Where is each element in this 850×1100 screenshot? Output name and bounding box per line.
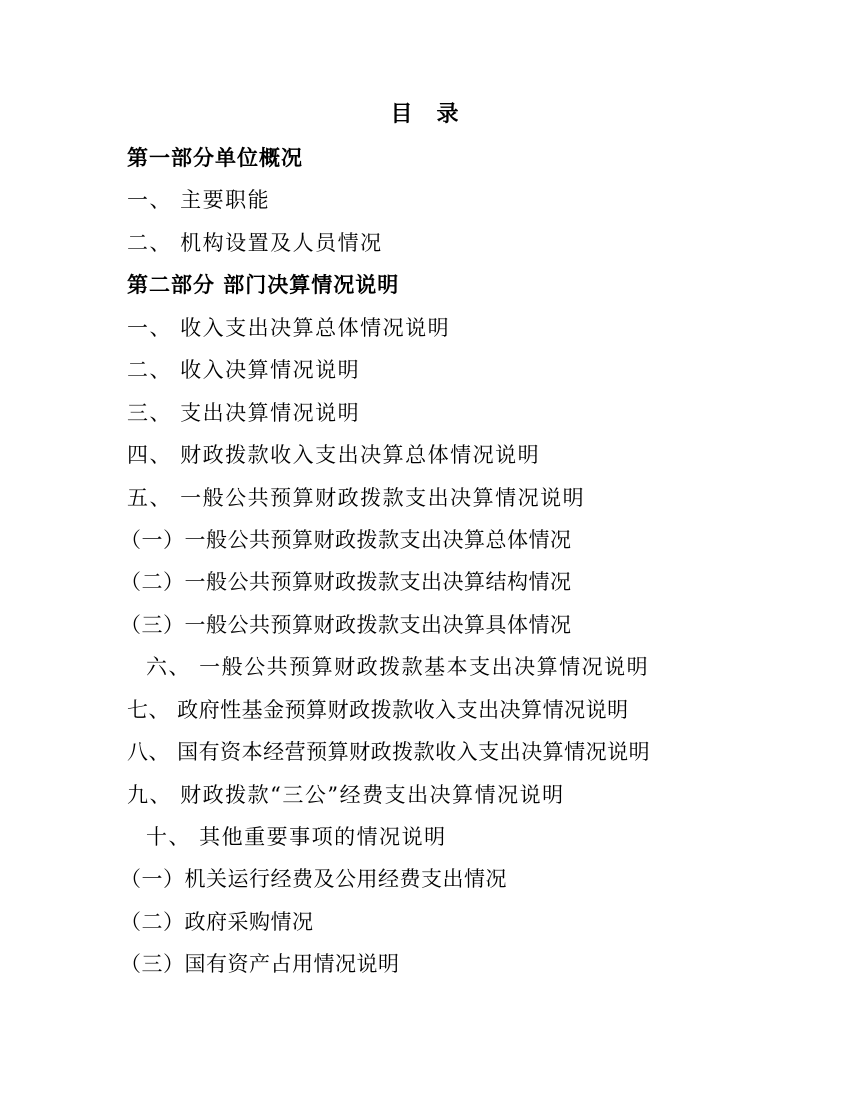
toc-entry: 二、 机构设置及人员情况 bbox=[127, 222, 810, 264]
toc-entry: 一、 主要职能 bbox=[127, 179, 810, 221]
toc-entry: 八、 国有资本经营预算财政拨款收入支出决算情况说明 bbox=[127, 731, 810, 773]
toc-entry: 五、 一般公共预算财政拨款支出决算情况说明 bbox=[127, 477, 810, 519]
document-title: 目 录 bbox=[0, 101, 850, 129]
toc-entry: 十、 其他重要事项的情况说明 bbox=[127, 816, 810, 858]
toc-subentry: （一）机关运行经费及公用经费支出情况 bbox=[120, 858, 810, 900]
toc-subentry: （二）政府采购情况 bbox=[120, 901, 810, 943]
toc-entry: 六、 一般公共预算财政拨款基本支出决算情况说明 bbox=[127, 646, 810, 688]
toc-entry: 四、 财政拨款收入支出决算总体情况说明 bbox=[127, 434, 810, 476]
toc-subentry: （二）一般公共预算财政拨款支出决算结构情况 bbox=[120, 561, 810, 603]
document-page: 目 录 第一部分单位概况一、 主要职能二、 机构设置及人员情况第二部分 部门决算… bbox=[0, 0, 850, 1100]
toc-entry: 九、 财政拨款“三公”经费支出决算情况说明 bbox=[127, 774, 810, 816]
toc-subentry: （一）一般公共预算财政拨款支出决算总体情况 bbox=[120, 519, 810, 561]
toc-entry: 三、 支出决算情况说明 bbox=[127, 392, 810, 434]
toc-subentry: （三）一般公共预算财政拨款支出决算具体情况 bbox=[120, 604, 810, 646]
toc-section-heading: 第一部分单位概况 bbox=[127, 137, 810, 179]
toc-section-heading: 第二部分 部门决算情况说明 bbox=[127, 264, 810, 306]
toc-entry: 二、 收入决算情况说明 bbox=[127, 349, 810, 391]
toc-entry: 一、 收入支出决算总体情况说明 bbox=[127, 307, 810, 349]
toc-entry: 七、 政府性基金预算财政拨款收入支出决算情况说明 bbox=[127, 689, 810, 731]
toc-subentry: （三）国有资产占用情况说明 bbox=[120, 943, 810, 985]
table-of-contents: 第一部分单位概况一、 主要职能二、 机构设置及人员情况第二部分 部门决算情况说明… bbox=[127, 137, 810, 986]
